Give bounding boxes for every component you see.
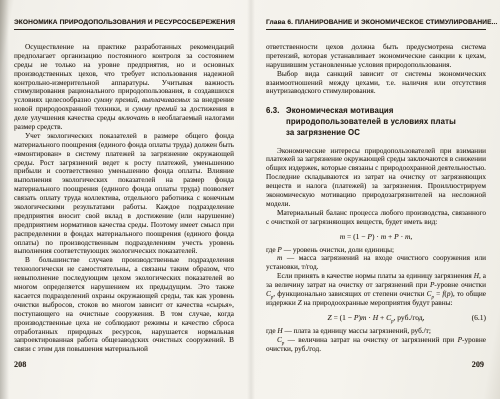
formula: m = (1 − P) · m + P · m, (266, 232, 486, 241)
text-run: где (266, 245, 277, 254)
right-page-content: ответственности цехов должна быть предус… (266, 43, 486, 354)
text-run: , руб./год, (394, 313, 425, 322)
italic-text-run: сумму премий (132, 104, 177, 113)
paragraph: Материальный баланс процесса любого прои… (266, 209, 486, 227)
book-spread-scan: ЭКОНОМИКА ПРИРОДОПОЛЬЗОВАНИЯ И РЕСУРСОСБ… (0, 0, 500, 399)
text-run: где (266, 326, 277, 335)
page-number-left: 208 (14, 360, 26, 369)
paragraph: Учет экологических показателей в размере… (14, 132, 234, 256)
running-header-left: ЭКОНОМИКА ПРИРОДОПОЛЬЗОВАНИЯ И РЕСУРСОСБ… (14, 19, 234, 30)
text-run: , (410, 232, 412, 241)
text-run: , функционально зависящих от степени очи… (273, 289, 426, 298)
page-right: Глава 6. ПЛАНИРОВАНИЕ И ЭКОНОМИЧЕСКОЕ СТ… (266, 19, 486, 354)
text-run: + (386, 232, 394, 241)
paragraph: Выбор вида санкций зависит от системы эк… (266, 70, 486, 97)
running-header-right: Глава 6. ПЛАНИРОВАНИЕ И ЭКОНОМИЧЕСКОЕ СТ… (266, 19, 486, 30)
paragraph: Экономические интересы природопользовате… (266, 147, 486, 209)
text-run: на природоохранные мероприятия будут рав… (302, 298, 453, 307)
section-number: 6.3. (266, 105, 280, 116)
section-heading-line: за загрязнение ОС (286, 127, 486, 138)
text-run: -уровне очистки (434, 280, 486, 289)
paragraph: В большинстве случаев производственные п… (14, 256, 234, 354)
text-run: Если принять в качестве нормы платы за е… (277, 271, 474, 280)
formula-number: (6.1) (472, 313, 486, 322)
text-run: = (1 − (332, 313, 354, 322)
text-run: ответственности цехов должна быть предус… (266, 42, 486, 69)
book-edge-shadow (0, 0, 9, 399)
paragraph: Cp — величина затрат на очистку от загря… (266, 336, 486, 354)
italic-text-run: включать (118, 113, 149, 122)
formula: Z = (1 − P)m · H + Cp, руб./год,(6.1) (266, 313, 486, 323)
paragraph: ответственности цехов должна быть предус… (266, 43, 486, 70)
text-run: + (378, 313, 386, 322)
text-run: = (1 − (345, 232, 367, 241)
text-run: Учет экологических показателей в размере… (14, 131, 234, 256)
text-run: Материальный баланс процесса любого прои… (266, 208, 486, 226)
formula-body: m = (1 − P) · m + P · m, (340, 232, 413, 241)
section-heading: 6.3.Экономическая мотивацияприродопользо… (266, 105, 486, 138)
text-run: — плата за единицу массы загрязнений, ру… (283, 326, 431, 335)
section-heading-line: Экономическая мотивация (286, 105, 486, 116)
page-number-right: 209 (472, 360, 484, 369)
text-run: ) · (372, 232, 381, 241)
text-run: — величина затрат на очистку от загрязне… (284, 335, 457, 344)
section-heading-line: природопользователей в условиях платы (286, 116, 486, 127)
text-run: — масса загрязнений на входе очистного с… (266, 253, 486, 271)
text-run: — уровень очистки, доли единицы; (282, 245, 394, 254)
page-left: ЭКОНОМИКА ПРИРОДОПОЛЬЗОВАНИЯ И РЕСУРСОСБ… (14, 19, 234, 354)
italic-text-run: сумму премий, выплачиваемых (94, 95, 191, 104)
paragraph: Осуществление на практике разработанных … (14, 43, 234, 132)
book-spine (247, 0, 255, 399)
formula-body: Z = (1 − P)m · H + Cp, руб./год, (328, 313, 425, 322)
text-run: В большинстве случаев производственные п… (14, 255, 234, 353)
text-run: Выбор вида санкций зависит от системы эк… (266, 69, 486, 96)
paragraph: Если принять в качестве нормы платы за е… (266, 272, 486, 308)
text-run: Экономические интересы природопользовате… (266, 146, 486, 208)
left-page-content: Осуществление на практике разработанных … (14, 43, 234, 354)
paragraph: m — масса загрязнений на входе очистного… (266, 254, 486, 272)
